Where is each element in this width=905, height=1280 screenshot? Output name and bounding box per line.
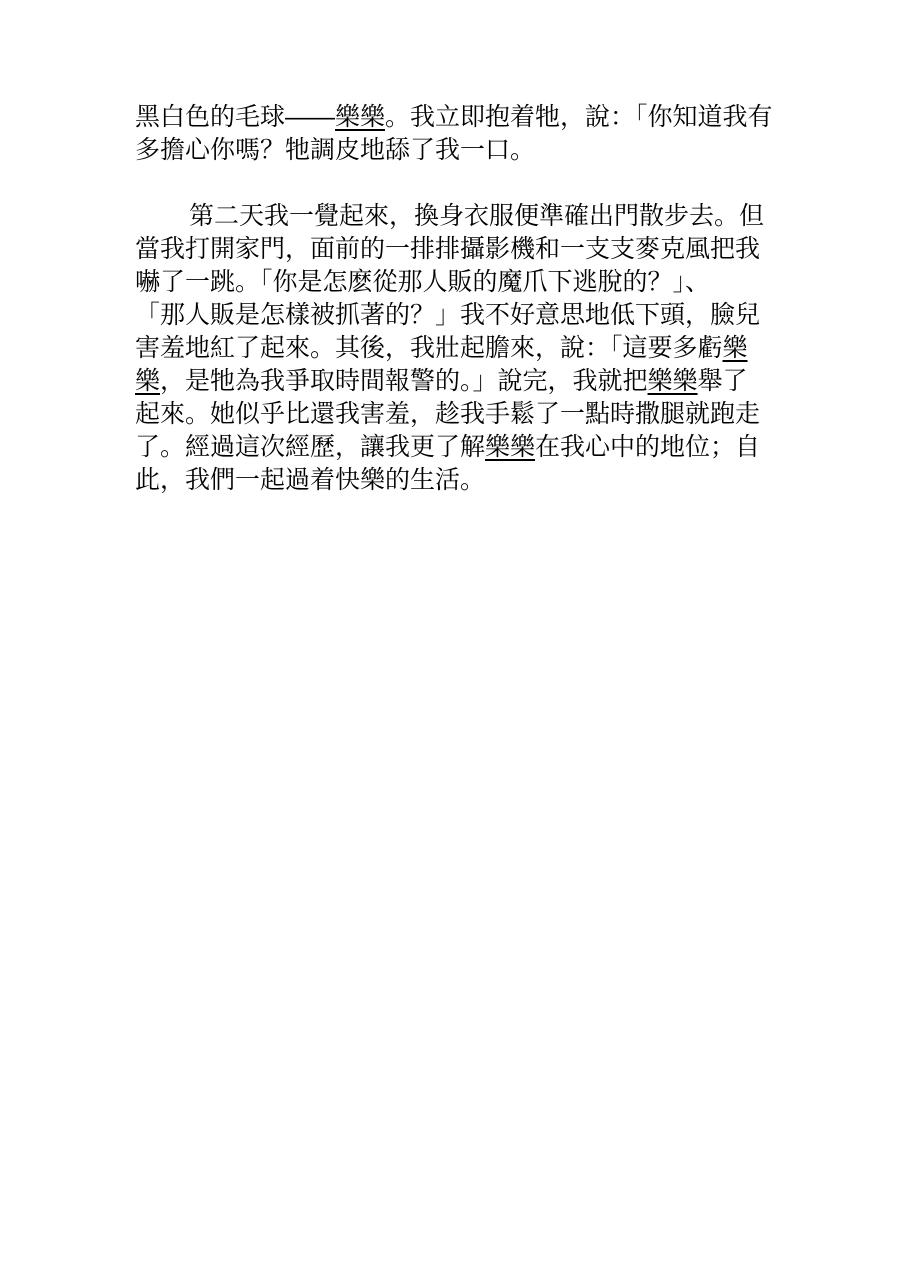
text-line: 嚇了一跳。「你是怎麽從那人販的魔爪下逃脫的？」、 — [135, 266, 780, 299]
text-segment: 。我立即抱着牠，說：「你知道我有 — [385, 103, 773, 131]
text-segment: 了。經過這次經歷，讓我更了解 — [135, 433, 485, 461]
text-segment: 舉了 — [698, 367, 748, 395]
text-line: 第二天我一覺起來，換身衣服便準確出門散步去。但 — [135, 200, 780, 233]
text-segment: 多擔心你嗎？牠調皮地舔了我一口。 — [135, 136, 535, 164]
text-line: 當我打開家門，面前的一排排攝影機和一支支麥克風把我 — [135, 233, 780, 266]
text-segment: 起來。她似乎比還我害羞，趁我手鬆了一點時撒腿就跑走 — [135, 400, 760, 428]
text-segment: 黑白色的毛球—— — [135, 103, 335, 131]
paragraph: 第二天我一覺起來，換身衣服便準確出門散步去。但當我打開家門，面前的一排排攝影機和… — [135, 200, 780, 497]
pet-name-underlined: 樂樂 — [648, 367, 698, 395]
text-segment: 第二天我一覺起來，換身衣服便準確出門散步去。但 — [189, 202, 764, 230]
text-segment: 當我打開家門，面前的一排排攝影機和一支支麥克風把我 — [135, 235, 760, 263]
text-line: 了。經過這次經歷，讓我更了解樂樂在我心中的地位；自 — [135, 431, 780, 464]
text-segment: 「那人販是怎樣被抓著的？」我不好意思地低下頭，臉兒 — [135, 301, 760, 329]
document-body: 黑白色的毛球——樂樂。我立即抱着牠，說：「你知道我有多擔心你嗎？牠調皮地舔了我一… — [135, 101, 780, 530]
text-segment: 此，我們一起過着快樂的生活。 — [135, 466, 485, 494]
pet-name-underlined: 樂 — [723, 334, 748, 362]
text-segment: 在我心中的地位；自 — [535, 433, 760, 461]
text-segment: 害羞地紅了起來。其後，我壯起膽來，說：「這要多虧 — [135, 334, 723, 362]
paragraph: 黑白色的毛球——樂樂。我立即抱着牠，說：「你知道我有多擔心你嗎？牠調皮地舔了我一… — [135, 101, 780, 167]
text-line: 「那人販是怎樣被抓著的？」我不好意思地低下頭，臉兒 — [135, 299, 780, 332]
text-line: 多擔心你嗎？牠調皮地舔了我一口。 — [135, 134, 780, 167]
text-line: 起來。她似乎比還我害羞，趁我手鬆了一點時撒腿就跑走 — [135, 398, 780, 431]
text-line: 黑白色的毛球——樂樂。我立即抱着牠，說：「你知道我有 — [135, 101, 780, 134]
text-line: 樂，是牠為我爭取時間報警的。」說完，我就把樂樂舉了 — [135, 365, 780, 398]
text-line: 害羞地紅了起來。其後，我壯起膽來，說：「這要多虧樂 — [135, 332, 780, 365]
pet-name-underlined: 樂 — [135, 367, 160, 395]
text-segment: ，是牠為我爭取時間報警的。」說完，我就把 — [160, 367, 648, 395]
text-line: 此，我們一起過着快樂的生活。 — [135, 464, 780, 497]
pet-name-underlined: 樂樂 — [485, 433, 535, 461]
text-segment: 嚇了一跳。「你是怎麽從那人販的魔爪下逃脫的？」、 — [135, 268, 710, 296]
pet-name-underlined: 樂樂 — [335, 103, 385, 131]
